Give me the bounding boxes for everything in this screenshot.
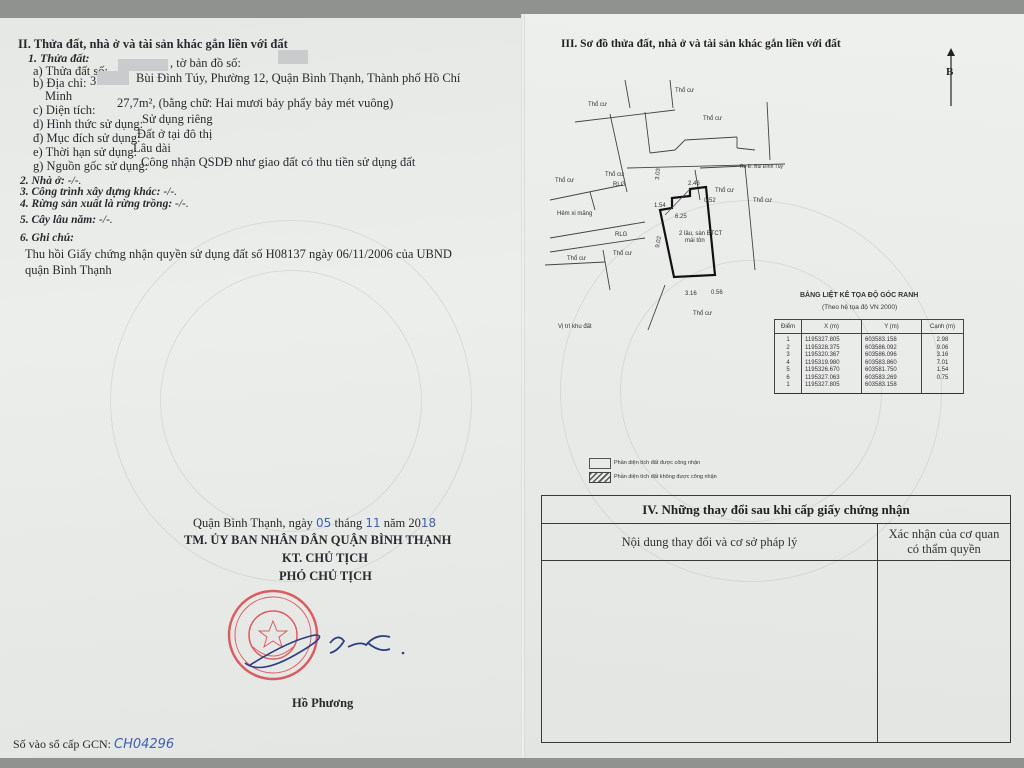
- origin-label: g) Nguồn gốc sử dụng:: [33, 159, 148, 174]
- coord-row: 31195320.367603586.0963.16: [775, 352, 964, 360]
- usage-term-value: Lâu dài: [133, 141, 171, 156]
- changes-table: IV. Những thay đổi sau khi cấp giấy chứn…: [541, 495, 1011, 743]
- site-plan-diagram: Thổ cư Thổ cư Thổ cư Thổ cư Thổ cư RLG R…: [545, 80, 785, 330]
- svg-text:RLG: RLG: [615, 232, 628, 238]
- note-line2: quận Bình Thạnh: [25, 263, 112, 278]
- svg-text:Thổ cư: Thổ cư: [675, 87, 694, 94]
- address-value: Bùi Đình Túy, Phường 12, Quận Bình Thạnh…: [136, 71, 460, 86]
- svg-text:Thổ cư: Thổ cư: [753, 197, 772, 204]
- item6-label: 6. Ghi chú:: [20, 232, 74, 244]
- svg-text:3.16: 3.16: [685, 291, 697, 297]
- svg-text:Thổ cư: Thổ cư: [703, 115, 722, 122]
- area-value: 27,7m², (bằng chữ: Hai mươi bảy phẩy bảy…: [117, 96, 393, 111]
- svg-text:0.56: 0.56: [711, 290, 723, 296]
- coord-row: 21195328.375603586.0929.06: [775, 345, 964, 353]
- redacted-parcel-number: [118, 59, 168, 71]
- map-sheet-label: , tờ bản đồ số:: [170, 56, 241, 71]
- svg-text:0.52: 0.52: [704, 198, 716, 204]
- usage-purpose-label: đ) Mục đích sử dụng:: [33, 131, 140, 146]
- stamp-and-signature: [220, 585, 420, 695]
- usage-form-label: d) Hình thức sử dụng:: [33, 117, 143, 132]
- changes-content-cell: [542, 561, 878, 742]
- coord-table-subtitle: (Theo hệ tọa độ VN 2000): [822, 304, 897, 311]
- svg-text:9.02: 9.02: [655, 235, 663, 248]
- usage-form-value: Sử dụng riêng: [142, 112, 213, 127]
- address-prefix: 3: [90, 74, 96, 89]
- legend-label-not-recognized: Phần diện tích đất không được công nhận: [614, 474, 717, 480]
- usage-term-label: e) Thời hạn sử dụng:: [33, 145, 137, 160]
- section-iii-title: III. Sơ đồ thửa đất, nhà ở và tài sản kh…: [561, 38, 841, 50]
- authority-line2: KT. CHỦ TỊCH: [282, 551, 368, 566]
- signer-name: Hồ Phương: [292, 696, 353, 711]
- item4-label: 4. Rừng sản xuất là rừng trồng: -/-.: [20, 198, 189, 210]
- coord-row: 11195327.805603583.158: [775, 382, 964, 393]
- legend-label-recognized: Phần diện tích đất được công nhận: [614, 460, 700, 466]
- svg-text:1.54: 1.54: [654, 203, 666, 209]
- redacted-map-sheet: [278, 50, 308, 64]
- legend-swatch-hatched: [589, 472, 611, 483]
- coordinate-table: Điểm X (m) Y (m) Cạnh (m) 11195327.80560…: [774, 319, 964, 394]
- svg-text:Thổ cư: Thổ cư: [567, 255, 586, 262]
- svg-text:Thổ cư: Thổ cư: [693, 310, 712, 317]
- changes-col-confirmation: Xác nhận của cơ quancó thẩm quyền: [878, 524, 1010, 560]
- authority-line3: PHÓ CHỦ TỊCH: [279, 569, 372, 584]
- north-arrow-icon: [944, 48, 958, 108]
- registry-line: Số vào sổ cấp GCN: CH04296: [13, 737, 174, 752]
- svg-text:3.03: 3.03: [655, 167, 662, 180]
- item5-label: 5. Cây lâu năm: -/-.: [20, 214, 113, 226]
- svg-text:Thổ cư: Thổ cư: [613, 250, 632, 257]
- coord-row: 51195326.670603581.7501.54: [775, 367, 964, 375]
- svg-text:RLG: RLG: [613, 182, 626, 188]
- sign-date-line: Quận Bình Thạnh, ngày 05 tháng 11 năm 20…: [193, 516, 436, 531]
- item3-label: 3. Công trình xây dựng khác: -/-.: [20, 186, 177, 198]
- coord-table-title: BẢNG LIỆT KÊ TỌA ĐỘ GÓC RANH: [800, 292, 918, 299]
- svg-text:Thổ cư: Thổ cư: [588, 101, 607, 108]
- col-header: Điểm: [775, 320, 802, 334]
- svg-text:2.46: 2.46: [688, 181, 700, 187]
- section-ii-title: II. Thửa đất, nhà ở và tài sản khác gắn …: [18, 37, 288, 52]
- note-line1: Thu hồi Giấy chứng nhận quyền sử dụng đấ…: [25, 247, 452, 262]
- coord-row: 11195327.805603583.1582.98: [775, 334, 964, 345]
- svg-text:6.25: 6.25: [675, 214, 687, 220]
- svg-text:Thổ cư: Thổ cư: [555, 177, 574, 184]
- page-fold: [521, 14, 525, 758]
- coord-row: 41195319.980603583.8607.01: [775, 360, 964, 368]
- svg-text:mái tôn: mái tôn: [685, 238, 705, 244]
- svg-text:Ro Đ. Bùi Đình Túy: Ro Đ. Bùi Đình Túy: [740, 164, 783, 170]
- origin-value: Công nhận QSDĐ như giao đất có thu tiền …: [141, 155, 415, 170]
- changes-col-content: Nội dung thay đổi và cơ sở pháp lý: [542, 524, 878, 560]
- address-value-cont: Minh: [45, 89, 72, 104]
- svg-text:Thổ cư: Thổ cư: [715, 187, 734, 194]
- col-header: Cạnh (m): [922, 320, 964, 334]
- svg-text:Hẻm xi măng: Hẻm xi măng: [557, 211, 592, 217]
- svg-text:Thổ cư: Thổ cư: [605, 171, 624, 178]
- north-label: B: [946, 66, 953, 78]
- col-header: Y (m): [862, 320, 922, 334]
- legend-swatch-empty: [589, 458, 611, 469]
- area-label: c) Diện tích:: [33, 103, 95, 118]
- redacted-house-number: [97, 71, 129, 85]
- col-header: X (m): [802, 320, 862, 334]
- svg-text:Vị trí khu đất: Vị trí khu đất: [558, 324, 592, 330]
- watermark-rosette: [160, 270, 422, 532]
- authority-line1: TM. ỦY BAN NHÂN DÂN QUẬN BÌNH THẠNH: [184, 533, 451, 548]
- coord-row: 61195327.063603583.2690.75: [775, 375, 964, 383]
- usage-purpose-value: Đất ở tại đô thị: [137, 127, 212, 142]
- changes-table-title: IV. Những thay đổi sau khi cấp giấy chứn…: [542, 496, 1010, 524]
- svg-text:2 lầu, sàn BTCT: 2 lầu, sàn BTCT: [679, 231, 723, 237]
